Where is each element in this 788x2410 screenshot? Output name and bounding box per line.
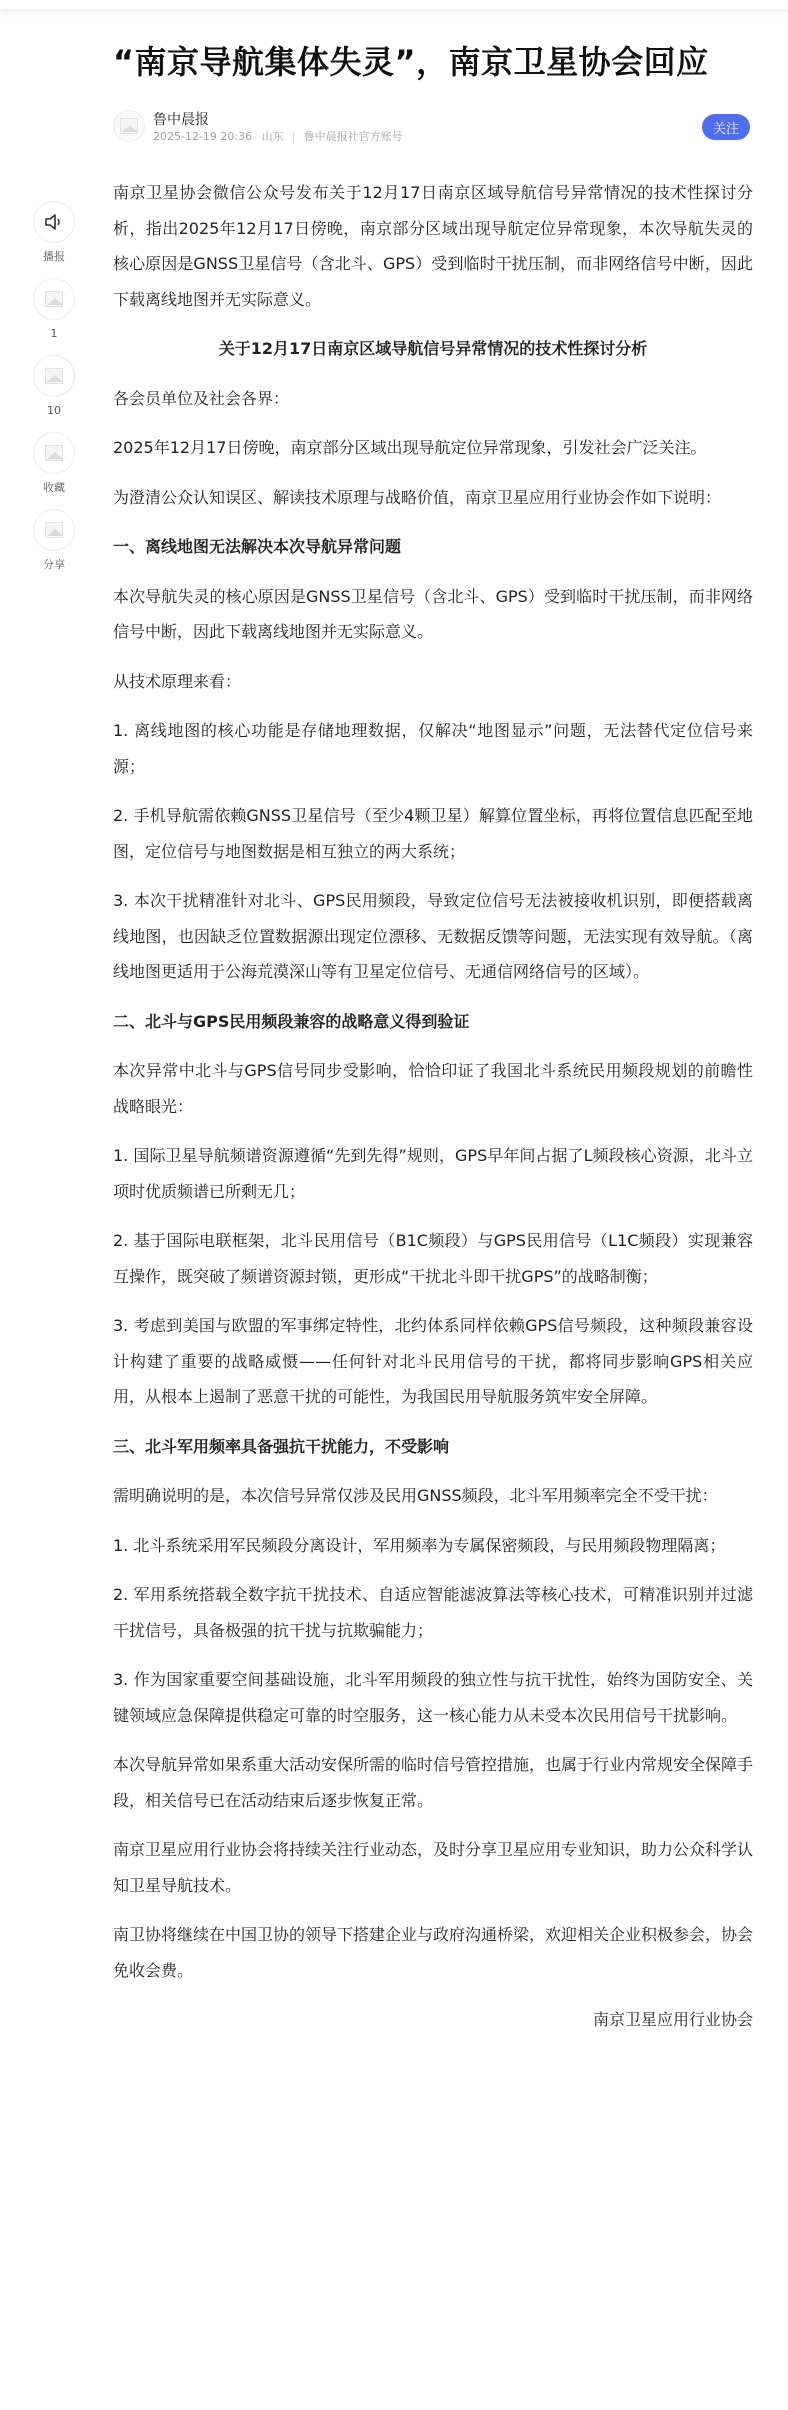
paragraph: 南卫协将继续在中国卫协的领导下搭建企业与政府沟通桥梁，欢迎相关企业积极参会，协会… <box>113 1917 753 1988</box>
list-item: 2. 基于国际电联框架，北斗民用信号（B1C频段）与GPS民用信号（L1C频段）… <box>113 1223 753 1294</box>
image-placeholder-icon <box>45 368 63 384</box>
paragraph: 为澄清公众认知误区、解读技术原理与战略价值，南京卫星应用行业协会作如下说明： <box>113 480 753 516</box>
list-item: 2. 手机导航需依赖GNSS卫星信号（至少4颗卫星）解算位置坐标，再将位置信息匹… <box>113 798 753 869</box>
paragraph: 南京卫星应用行业协会将持续关注行业动态，及时分享卫星应用专业知识，助力公众科学认… <box>113 1832 753 1903</box>
favorite-button[interactable] <box>33 432 75 474</box>
follow-button[interactable]: 关注 <box>702 114 750 140</box>
side-item-comment[interactable]: 10 <box>31 355 77 418</box>
image-placeholder-icon <box>45 291 63 307</box>
meta-divider <box>293 132 294 143</box>
document-heading: 关于12月17日南京区域导航信号异常情况的技术性探讨分析 <box>113 331 753 367</box>
side-item-label: 10 <box>47 404 61 418</box>
article-body: 南京卫星协会微信公众号发布关于12月17日南京区域导航信号异常情况的技术性探讨分… <box>113 175 753 2052</box>
comment-button[interactable] <box>33 355 75 397</box>
paragraph: 从技术原理来看： <box>113 664 753 700</box>
side-item-label: 收藏 <box>43 481 65 495</box>
author-meta: 2025-12-19 20:36 山东 鲁中晨报社官方账号 <box>153 128 403 144</box>
side-item-favorite[interactable]: 收藏 <box>31 432 77 495</box>
side-action-bar: 播报 1 10 收藏 分享 <box>31 201 77 586</box>
side-item-label: 分享 <box>43 558 65 572</box>
broadcast-button[interactable] <box>33 201 75 243</box>
section-heading: 二、北斗与GPS民用频段兼容的战略意义得到验证 <box>113 1004 753 1040</box>
image-placeholder-icon <box>45 522 63 538</box>
list-item: 1. 离线地图的核心功能是存储地理数据，仅解决“地图显示”问题，无法替代定位信号… <box>113 713 753 784</box>
publish-region: 山东 <box>262 130 284 143</box>
section-heading: 一、离线地图无法解决本次导航异常问题 <box>113 529 753 565</box>
list-item: 3. 本次干扰精准针对北斗、GPS民用频段，导致定位信号无法被接收机识别，即便搭… <box>113 883 753 990</box>
article-title: “南京导航集体失灵”，南京卫星协会回应 <box>113 40 713 84</box>
signature: 南京卫星应用行业协会 <box>113 2002 753 2038</box>
list-item: 1. 北斗系统采用军民频段分离设计，军用频率为专属保密频段，与民用频段物理隔离； <box>113 1528 753 1564</box>
side-item-label: 播报 <box>43 250 65 264</box>
image-placeholder-icon <box>120 118 138 134</box>
side-item-share[interactable]: 分享 <box>31 509 77 572</box>
list-item: 3. 考虑到美国与欧盟的军事绑定特性，北约体系同样依赖GPS信号频段，这种频段兼… <box>113 1308 753 1415</box>
side-item-label: 1 <box>51 327 58 341</box>
like-button[interactable] <box>33 278 75 320</box>
author-info: 鲁中晨报 2025-12-19 20:36 山东 鲁中晨报社官方账号 <box>113 106 753 146</box>
list-item: 1. 国际卫星导航频谱资源遵循“先到先得”规则，GPS早年间占据了L频段核心资源… <box>113 1138 753 1209</box>
author-name[interactable]: 鲁中晨报 <box>153 109 209 129</box>
speaker-icon <box>44 213 64 231</box>
account-type: 鲁中晨报社官方账号 <box>304 130 403 143</box>
share-button[interactable] <box>33 509 75 551</box>
paragraph: 本次异常中北斗与GPS信号同步受影响，恰恰印证了我国北斗系统民用频段规划的前瞻性… <box>113 1053 753 1124</box>
list-item: 3. 作为国家重要空间基础设施，北斗军用频段的独立性与抗干扰性，始终为国防安全、… <box>113 1662 753 1733</box>
paragraph: 本次导航失灵的核心原因是GNSS卫星信号（含北斗、GPS）受到临时干扰压制，而非… <box>113 579 753 650</box>
list-item: 2. 军用系统搭载全数字抗干扰技术、自适应智能滤波算法等核心技术，可精准识别并过… <box>113 1577 753 1648</box>
section-heading: 三、北斗军用频率具备强抗干扰能力，不受影响 <box>113 1429 753 1465</box>
avatar[interactable] <box>113 110 145 142</box>
image-placeholder-icon <box>45 445 63 461</box>
paragraph: 各会员单位及社会各界： <box>113 381 753 417</box>
top-bar <box>0 0 788 9</box>
paragraph: 2025年12月17日傍晚，南京部分区域出现导航定位异常现象，引发社会广泛关注。 <box>113 430 753 466</box>
paragraph: 南京卫星协会微信公众号发布关于12月17日南京区域导航信号异常情况的技术性探讨分… <box>113 175 753 317</box>
publish-datetime: 2025-12-19 20:36 <box>153 130 252 143</box>
paragraph: 需明确说明的是，本次信号异常仅涉及民用GNSS频段，北斗军用频率完全不受干扰： <box>113 1478 753 1514</box>
paragraph: 本次导航异常如果系重大活动安保所需的临时信号管控措施，也属于行业内常规安全保障手… <box>113 1747 753 1818</box>
side-item-broadcast[interactable]: 播报 <box>31 201 77 264</box>
side-item-like[interactable]: 1 <box>31 278 77 341</box>
